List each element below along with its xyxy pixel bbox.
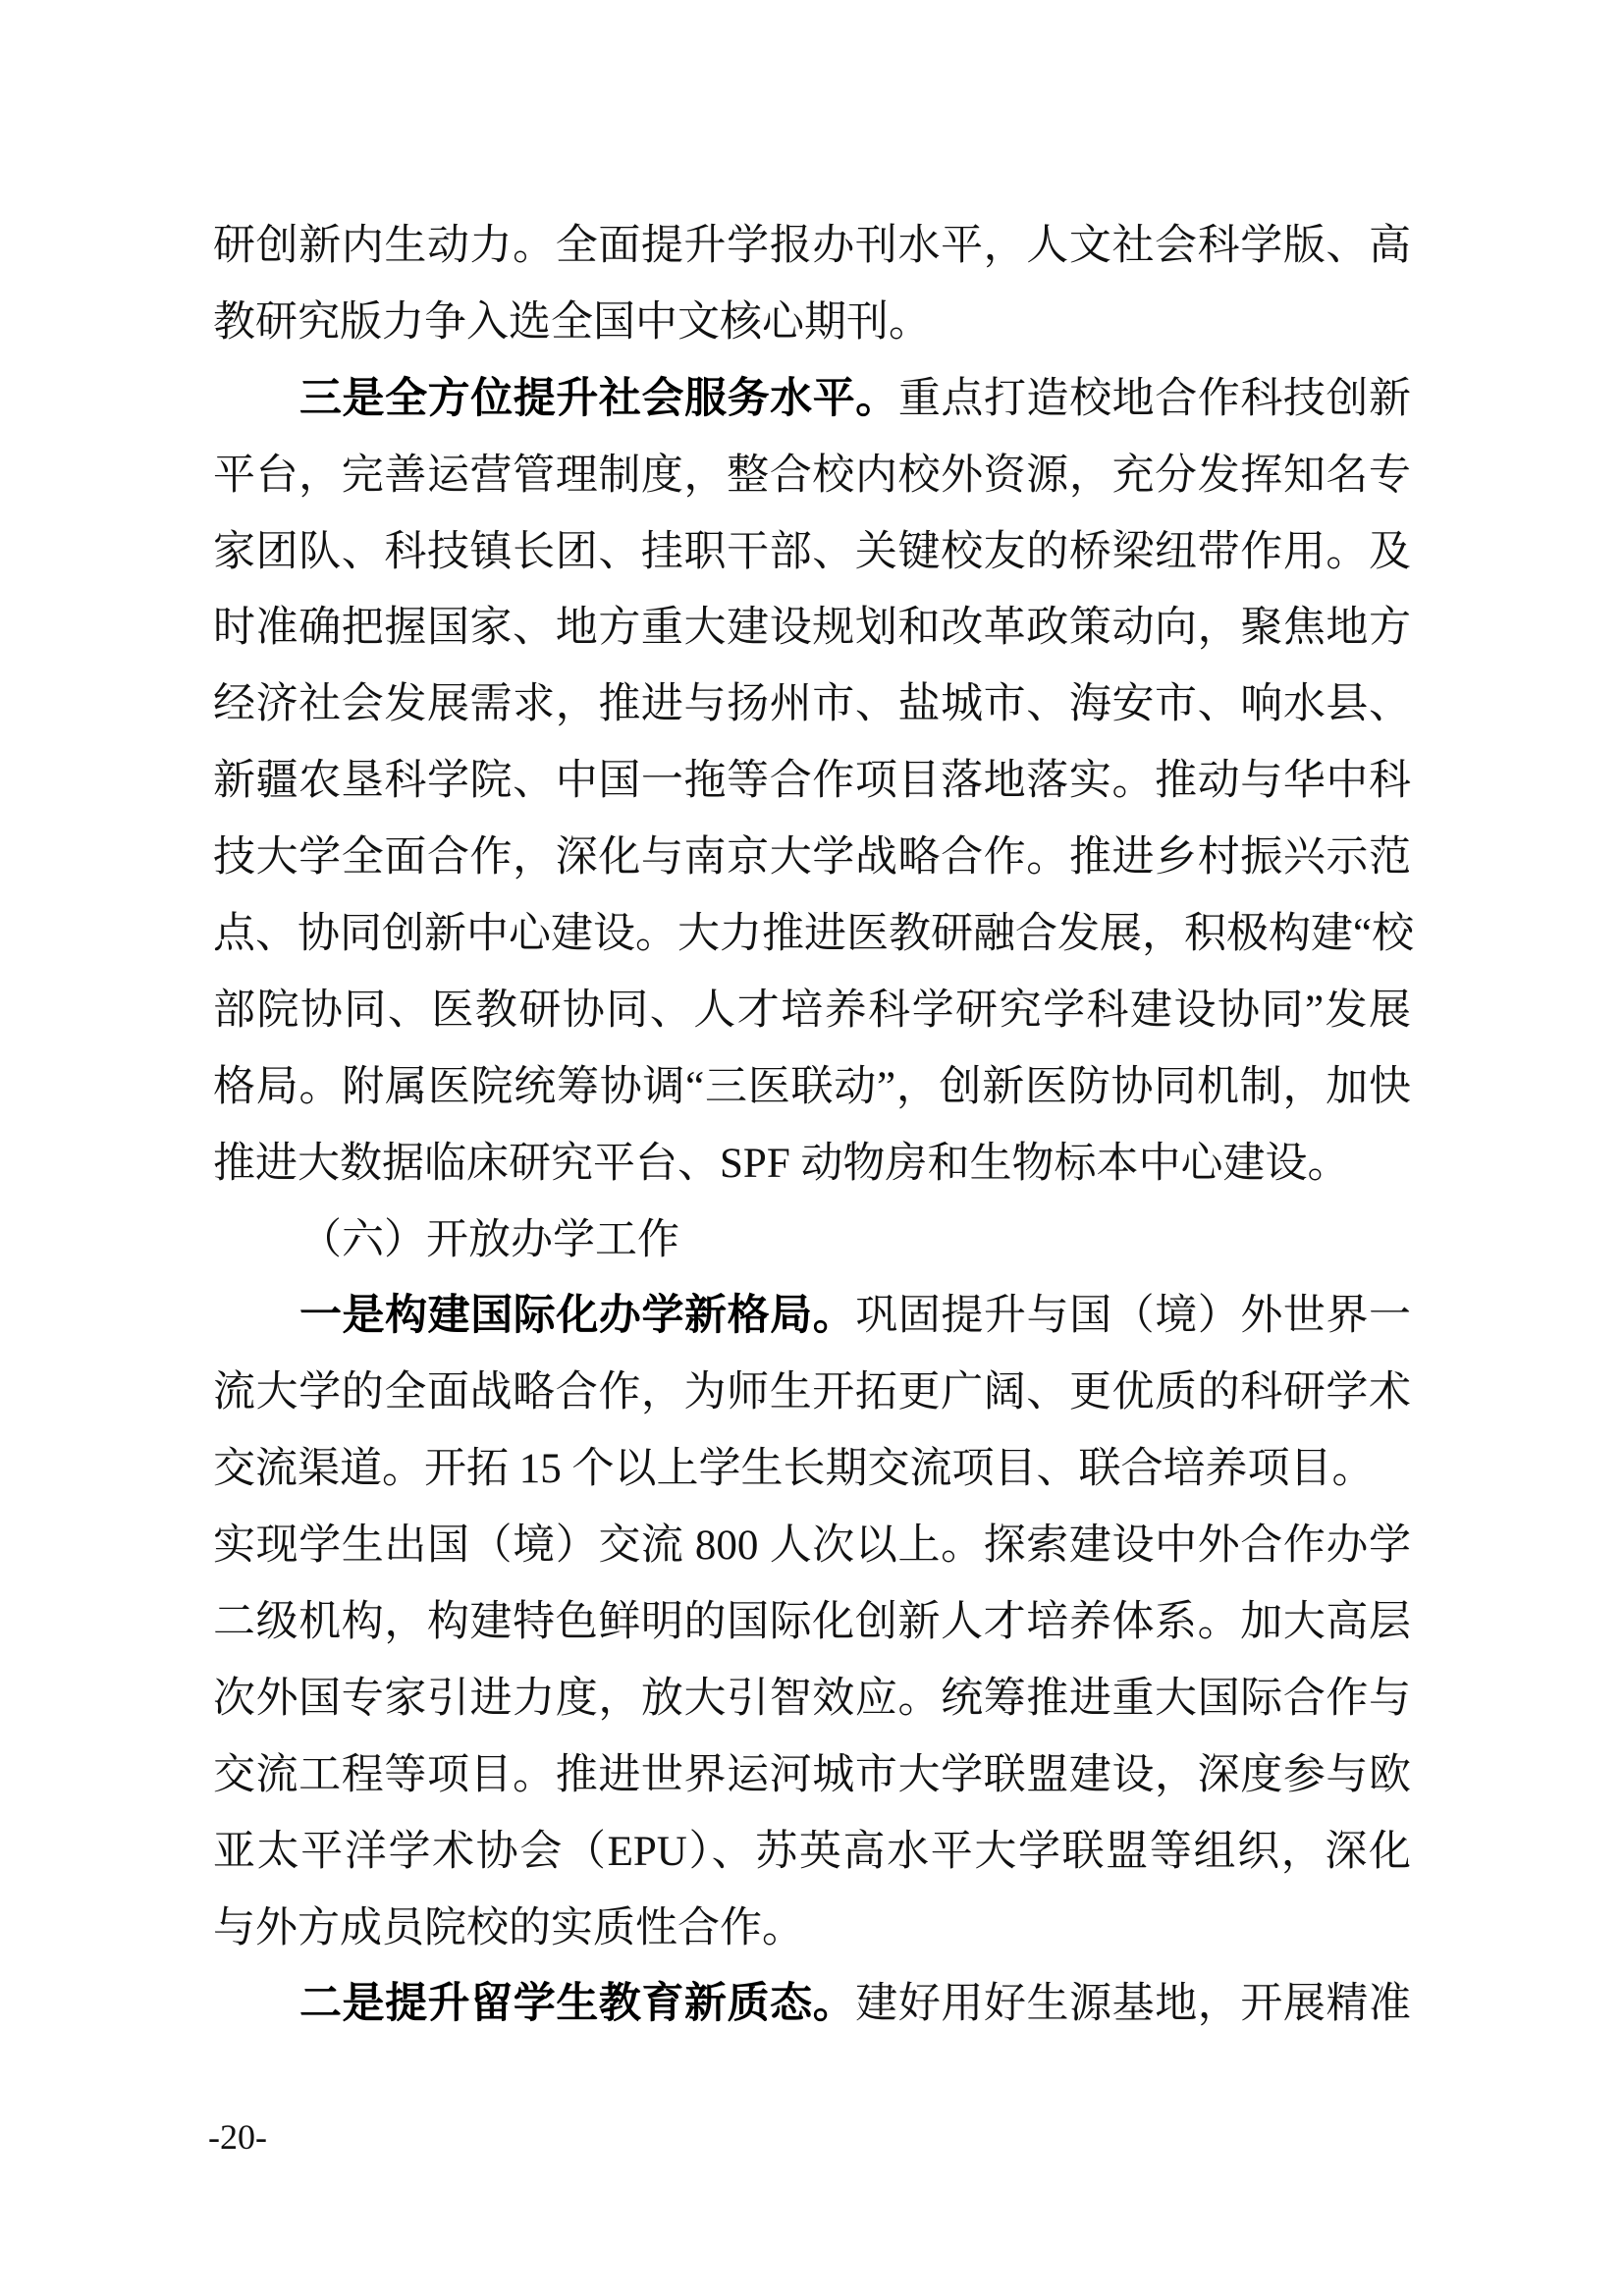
- paragraph-heading: 二是提升留学生教育新质态。: [299, 1981, 855, 2027]
- paragraph-line: 二级机构，构建特色鲜明的国际化创新人才培养体系。加大高层: [213, 1594, 1411, 1671]
- paragraph-line: 亚太平洋学术协会（EPU）、苏英高水平大学联盟等组织，深化: [213, 1824, 1411, 1900]
- paragraph-line: 三是全方位提升社会服务水平。重点打造校地合作科技创新: [213, 371, 1411, 448]
- paragraph-line: 时准确把握国家、地方重大建设规划和改革政策动向，聚焦地方: [213, 600, 1411, 676]
- paragraph-line: 经济社会发展需求，推进与扬州市、盐城市、海安市、响水县、: [213, 676, 1411, 753]
- paragraph-line: 格局。附属医院统筹协调“三医联动”，创新医防协同机制，加快: [213, 1059, 1411, 1136]
- paragraph-line: 家团队、科技镇长团、挂职干部、关键校友的桥梁纽带作用。及: [213, 524, 1411, 601]
- paragraph-line: 平台，完善运营管理制度，整合校内校外资源，充分发挥知名专: [213, 448, 1411, 524]
- paragraph-line: 推进大数据临床研究平台、SPF 动物房和生物标本中心建设。: [213, 1136, 1411, 1212]
- paragraph-line: 次外国专家引进力度，放大引智效应。统筹推进重大国际合作与: [213, 1671, 1411, 1747]
- document-page: 研创新内生动力。全面提升学报办刊水平，人文社会科学版、高 教研究版力争入选全国中…: [0, 0, 1624, 2296]
- paragraph-line: 与外方成员院校的实质性合作。: [213, 1900, 1411, 1977]
- paragraph-line: 实现学生出国（境）交流 800 人次以上。探索建设中外合作办学: [213, 1518, 1411, 1594]
- body-text: 研创新内生动力。全面提升学报办刊水平，人文社会科学版、高 教研究版力争入选全国中…: [213, 218, 1411, 2053]
- paragraph-heading: 一是构建国际化办学新格局。: [299, 1293, 855, 1339]
- paragraph-line: 一是构建国际化办学新格局。巩固提升与国（境）外世界一: [213, 1288, 1411, 1364]
- paragraph-line: 教研究版力争入选全国中文核心期刊。: [213, 294, 1411, 371]
- paragraph-line: 流大学的全面战略合作，为师生开拓更广阔、更优质的科研学术: [213, 1364, 1411, 1441]
- paragraph-line: 二是提升留学生教育新质态。建好用好生源基地，开展精准: [213, 1976, 1411, 2053]
- paragraph-line: 交流工程等项目。推进世界运河城市大学联盟建设，深度参与欧: [213, 1747, 1411, 1824]
- paragraph-line: 交流渠道。开拓 15 个以上学生长期交流项目、联合培养项目。: [213, 1441, 1411, 1518]
- paragraph-line: 部院协同、医教研协同、人才培养科学研究学科建设协同”发展: [213, 983, 1411, 1059]
- page-number: -20-: [208, 2116, 267, 2158]
- paragraph-line: 新疆农垦科学院、中国一拖等合作项目落地落实。推动与华中科: [213, 753, 1411, 829]
- paragraph-heading: 三是全方位提升社会服务水平。: [299, 376, 898, 422]
- paragraph-line: 研创新内生动力。全面提升学报办刊水平，人文社会科学版、高: [213, 218, 1411, 294]
- paragraph-line: 技大学全面合作，深化与南京大学战略合作。推进乡村振兴示范: [213, 829, 1411, 906]
- paragraph-line: 点、协同创新中心建设。大力推进医教研融合发展，积极构建“校: [213, 906, 1411, 983]
- section-heading: （六）开放办学工作: [213, 1212, 1411, 1289]
